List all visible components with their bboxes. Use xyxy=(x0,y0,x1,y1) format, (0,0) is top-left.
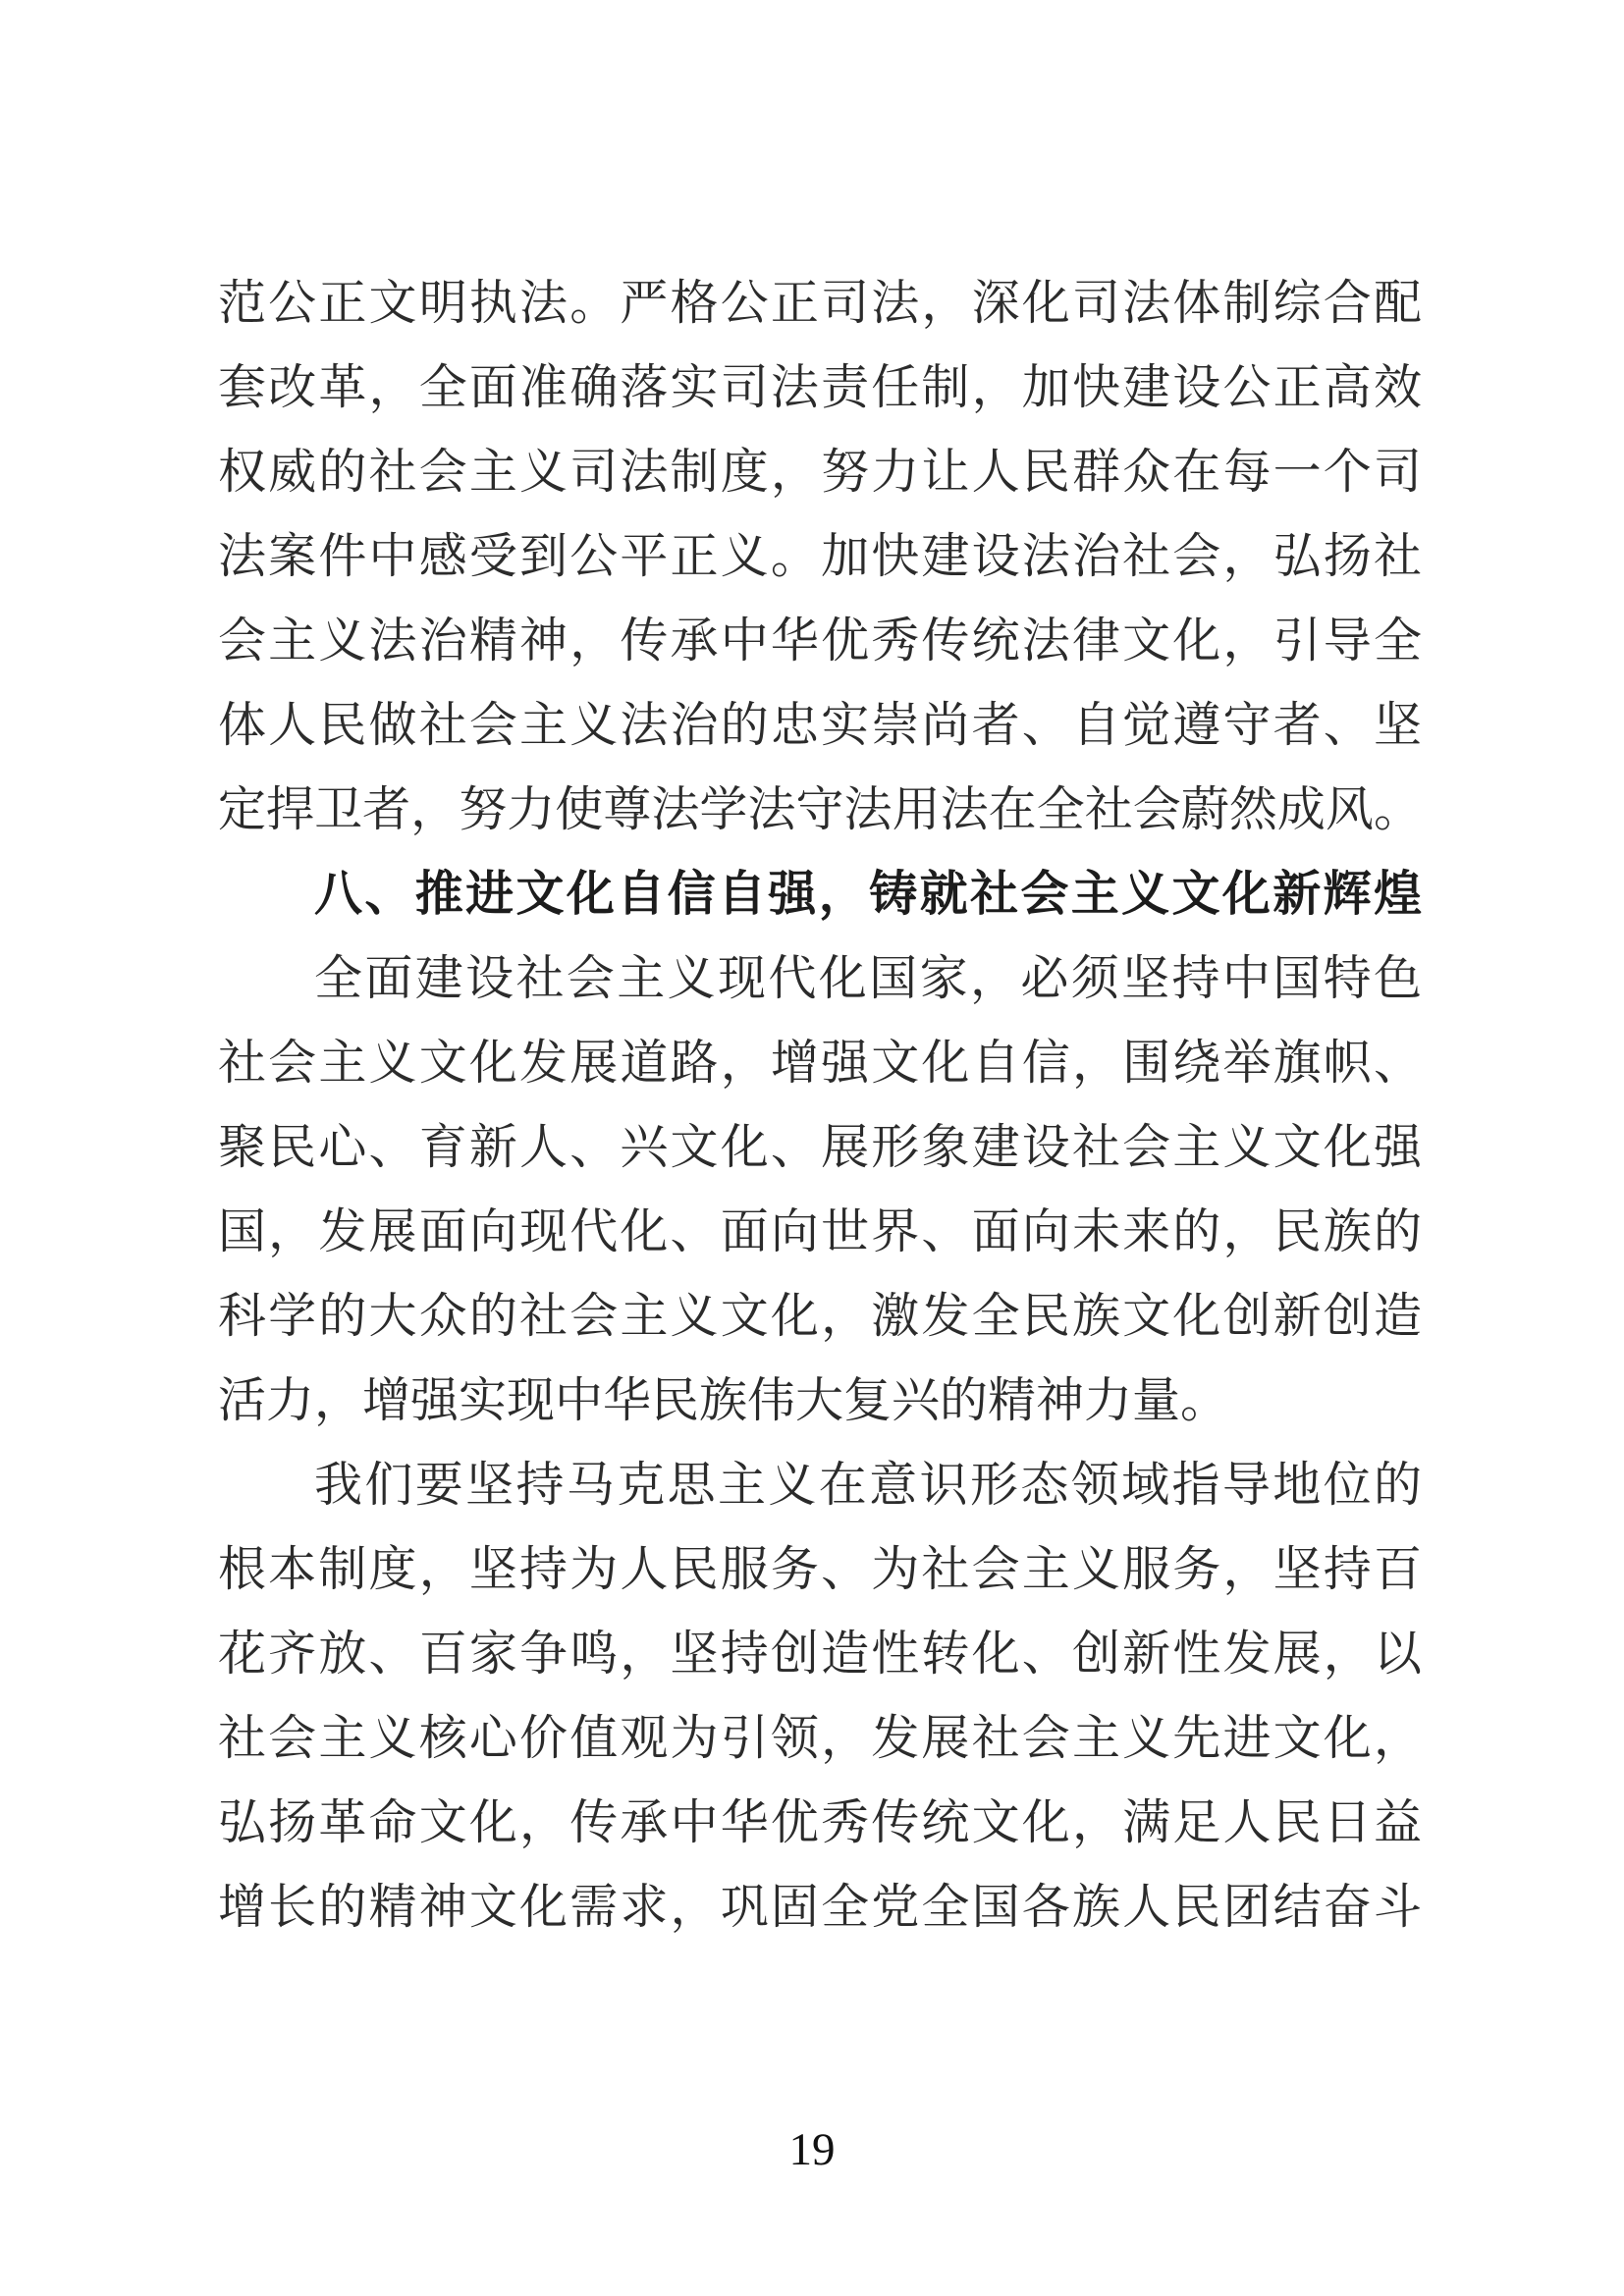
body-line: 套改革，全面准确落实司法责任制，加快建设公正高效 xyxy=(218,346,1422,430)
body-line: 会主义法治精神，传承中华优秀传统法律文化，引导全 xyxy=(218,599,1422,683)
body-line: 聚民心、育新人、兴文化、展形象建设社会主义文化强 xyxy=(218,1105,1422,1190)
body-line: 科学的大众的社会主义文化，激发全民族文化创新创造 xyxy=(218,1274,1422,1359)
body-line: 法案件中感受到公平正义。加快建设法治社会，弘扬社 xyxy=(218,514,1422,599)
body-line: 权威的社会主义司法制度，努力让人民群众在每一个司 xyxy=(218,430,1422,514)
body-line: 增长的精神文化需求，巩固全党全国各族人民团结奋斗 xyxy=(218,1865,1422,1949)
body-line: 体人民做社会主义法治的忠实崇尚者、自觉遵守者、坚 xyxy=(218,683,1422,768)
page-number: 19 xyxy=(0,2125,1624,2174)
body-line: 定捍卫者，努力使尊法学法守法用法在全社会蔚然成风。 xyxy=(218,768,1422,852)
body-line: 我们要坚持马克思主义在意识形态领域指导地位的 xyxy=(218,1443,1422,1527)
body-line: 弘扬革命文化，传承中华优秀传统文化，满足人民日益 xyxy=(218,1781,1422,1865)
body-line: 国，发展面向现代化、面向世界、面向未来的，民族的 xyxy=(218,1190,1422,1274)
body-line: 社会主义核心价值观为引领，发展社会主义先进文化， xyxy=(218,1696,1422,1781)
body-line: 花齐放、百家争鸣，坚持创造性转化、创新性发展，以 xyxy=(218,1612,1422,1696)
body-line: 社会主义文化发展道路，增强文化自信，围绕举旗帜、 xyxy=(218,1021,1422,1105)
body-line: 活力，增强实现中华民族伟大复兴的精神力量。 xyxy=(218,1359,1422,1443)
document-page: 范公正文明执法。严格公正司法，深化司法体制综合配 套改革，全面准确落实司法责任制… xyxy=(0,0,1624,2296)
body-line: 全面建设社会主义现代化国家，必须坚持中国特色 xyxy=(218,936,1422,1021)
body-line: 范公正文明执法。严格公正司法，深化司法体制综合配 xyxy=(218,261,1422,346)
section-heading: 八、推进文化自信自强，铸就社会主义文化新辉煌 xyxy=(218,852,1422,936)
page-body: 范公正文明执法。严格公正司法，深化司法体制综合配 套改革，全面准确落实司法责任制… xyxy=(218,261,1422,1949)
body-line: 根本制度，坚持为人民服务、为社会主义服务，坚持百 xyxy=(218,1527,1422,1612)
